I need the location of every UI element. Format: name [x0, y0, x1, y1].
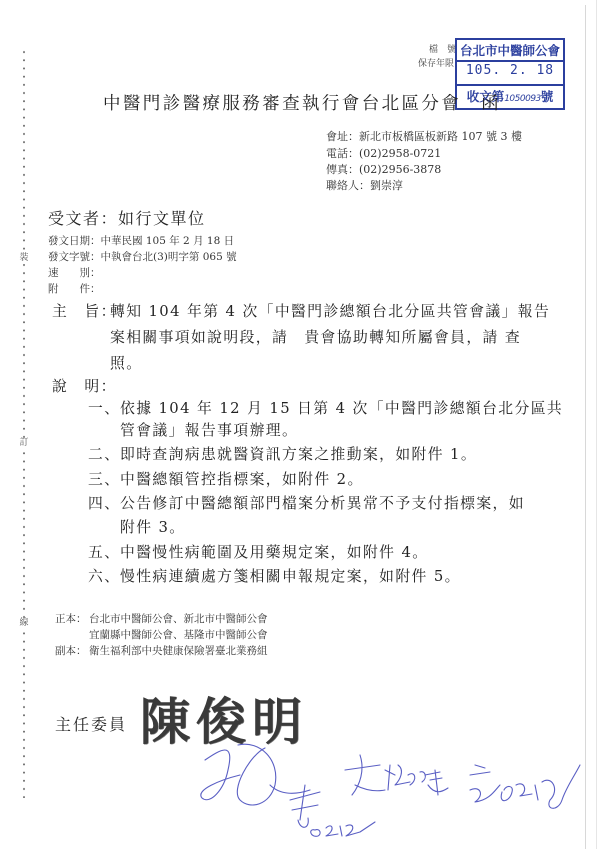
explanation-item-3-line-1: 中醫總額管控指標案，如附件 2。 — [120, 468, 364, 489]
binding-mark-zhuang: 裝 — [17, 253, 31, 264]
explanation-item-1-num: 一、 — [88, 397, 120, 418]
subject-line-2: 案相關事項如說明段，請 貴會協助轉知所屬會員，請 查 — [110, 326, 521, 347]
explanation-item-4-line-2: 附件 3。 — [120, 516, 186, 537]
binding-mark-xian: 線 — [17, 618, 31, 629]
explanation-item-4-line-1: 公告修訂中醫總額部門檔案分析異常不予支付指標案，如 — [120, 492, 525, 513]
stamp-number-suffix: 號 — [541, 89, 554, 104]
stamp-divider — [457, 84, 563, 86]
scan-edge-line — [596, 0, 597, 849]
explanation-item-5-num: 五、 — [88, 541, 120, 562]
duplicate-copy-line: 衛生福利部中央健康保險署臺北業務組 — [89, 643, 268, 658]
urgency: 速 別： — [48, 265, 101, 280]
binding-margin: 裝 訂 線 — [18, 48, 32, 798]
explanation-item-2-num: 二、 — [88, 443, 120, 464]
duplicate-copy-label: 副本： — [55, 643, 87, 658]
original-copy-line-2: 宜蘭縣中醫師公會、基隆市中醫師公會 — [89, 627, 268, 642]
contact-person: 聯絡人：劉崇淳 — [326, 177, 403, 193]
issue-date: 發文日期：中華民國 105 年 2 月 18 日 — [48, 233, 234, 248]
original-copy-line-1: 台北市中醫師公會、新北市中醫師公會 — [89, 611, 268, 626]
subject-label: 主 旨： — [52, 300, 117, 321]
explanation-item-5-line-1: 中醫慢性病範圍及用藥規定案，如附件 4。 — [120, 541, 428, 562]
explanation-item-4-num: 四、 — [88, 492, 120, 513]
contact-phone: 電話：(02)2958-0721 — [326, 145, 441, 161]
explanation-item-6-num: 六、 — [88, 565, 120, 586]
explanation-item-6-line-1: 慢性病連續處方箋相關申報規定案，如附件 5。 — [120, 565, 461, 586]
original-copy-label: 正本： — [55, 611, 87, 626]
stamp-date: 105. 2. 18 — [457, 63, 563, 78]
explanation-item-1-line-2: 管會議」報告事項辦理。 — [120, 419, 298, 440]
stamp-organization: 台北市中醫師公會 — [457, 41, 563, 59]
file-number-label: 檔 號 — [429, 42, 456, 55]
subject-line-1: 轉知 104 年第 4 次「中醫門診總額台北分區共管會議」報告 — [110, 300, 550, 321]
recipient: 受文者：如行文單位 — [48, 206, 206, 229]
binding-mark-ding: 訂 — [17, 438, 31, 449]
explanation-item-3-num: 三、 — [88, 468, 120, 489]
explanation-item-2-line-1: 即時查詢病患就醫資訊方案之推動案，如附件 1。 — [120, 443, 477, 464]
stamp-number-handwritten: 1050093 — [504, 94, 541, 104]
issue-number: 發文字號：中執會台北(3)明字第 065 號 — [48, 249, 237, 264]
stamp-divider — [457, 60, 563, 62]
org-title: 中醫門診醫療服務審查執行會台北區分會 函 — [103, 90, 501, 115]
binding-dotted-line — [23, 48, 25, 798]
explanation-item-1-line-1: 依據 104 年 12 月 15 日第 4 次「中醫門診總額台北分區共 — [120, 397, 563, 418]
director-title: 主任委員 — [55, 712, 127, 735]
subject-line-3: 照。 — [110, 352, 142, 373]
contact-address: 會址：新北市板橋區板新路 107 號 3 樓 — [326, 128, 522, 144]
attachments: 附 件： — [48, 281, 101, 296]
explanation-label: 說 明： — [52, 375, 117, 396]
contact-fax: 傳真：(02)2956-3878 — [326, 161, 441, 177]
handwritten-annotations — [180, 730, 600, 849]
scan-edge-line — [585, 5, 586, 849]
